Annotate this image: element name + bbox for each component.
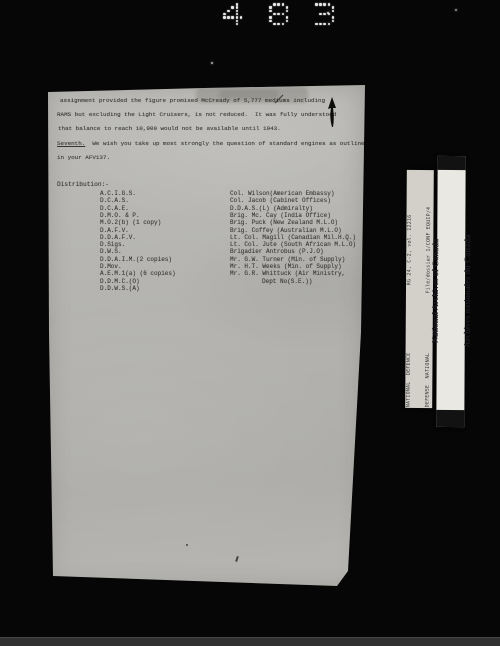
scan-edge-bar bbox=[0, 637, 500, 646]
archives-title-text: National Archives of Canada Archives nat… bbox=[409, 234, 494, 347]
distribution-recipient: Col. Wilson(American Embassy) bbox=[230, 190, 334, 197]
distribution-recipient: Brig. Coffey (Australian M.L.O) bbox=[230, 227, 342, 234]
distribution-recipient: Mr. H.T. Weeks (Min. of Supply) bbox=[230, 263, 342, 270]
distribution-recipient: Lt. Col. Jute (South African M.L.O) bbox=[230, 241, 356, 248]
distribution-row: D.D.M.C.(O)Dept No(S.E.)) bbox=[44, 278, 366, 285]
paper-sheet: assignment provided the figure promised … bbox=[44, 82, 366, 590]
distribution-code: D.D.W.S.(A) bbox=[100, 285, 140, 292]
distribution-row: D.D.A.F.V.Lt. Col. Magill (Canadian Mil.… bbox=[44, 234, 366, 241]
distribution-recipient: Mr. G.R. Whittuck (Air Ministry, bbox=[230, 270, 345, 277]
counter-digit bbox=[315, 3, 335, 26]
frame-counter-display bbox=[223, 3, 361, 27]
seventh-lead: Seventh. bbox=[57, 140, 85, 147]
dust-speck bbox=[211, 62, 213, 64]
distribution-row: D.Mov.Mr. H.T. Weeks (Min. of Supply) bbox=[44, 263, 366, 270]
body-line: RAMS but excluding the Light Cruisers, i… bbox=[57, 111, 336, 118]
scratch-mark bbox=[235, 556, 239, 562]
handwritten-tick-icon bbox=[274, 94, 284, 104]
distribution-recipient: Brig. Puck (New Zealand M.L.O) bbox=[230, 219, 338, 226]
archives-title-fr: Archives nationales du Canada bbox=[461, 235, 472, 348]
distribution-row: D.A.F.V.Brig. Coffey (Australian M.L.O) bbox=[44, 227, 366, 234]
distribution-code: D.C.A.E. bbox=[100, 205, 129, 212]
distribution-code: D.D.A.F.V. bbox=[100, 234, 136, 241]
distribution-row: D.W.S.Brigadier Antrobus (P.J.O) bbox=[44, 248, 366, 255]
distribution-row: D.D.A.I.M.(2 copies)Mr. G.W. Turner (Min… bbox=[44, 256, 366, 263]
counter-digit bbox=[223, 3, 243, 26]
distribution-code: A.E.M.1(a) (6 copies) bbox=[100, 270, 176, 277]
distribution-row: D.M.O. & P.Brig. Mc. Cay (India Office) bbox=[44, 212, 366, 219]
distribution-row: D.Sigs.Lt. Col. Jute (South African M.L.… bbox=[44, 241, 366, 248]
body-line: Seventh. We wish you take up most strong… bbox=[57, 140, 368, 147]
dust-speck bbox=[327, 12, 329, 14]
distribution-code: D.C.A.S. bbox=[100, 197, 129, 204]
distribution-heading: Distribution:- bbox=[57, 181, 109, 188]
distribution-code: D.Sigs. bbox=[100, 241, 125, 248]
distribution-row: M.O.2(b) (1 copy)Brig. Puck (New Zealand… bbox=[44, 219, 366, 226]
distribution-recipient: Dept No(S.E.)) bbox=[262, 278, 312, 285]
distribution-recipient: Lt. Col. Magill (Canadian Mil.H.Q.) bbox=[230, 234, 356, 241]
distribution-code: D.D.M.C.(O) bbox=[100, 278, 140, 285]
body-line: that balance to reach 10,900 would not b… bbox=[58, 125, 281, 132]
archives-title-en: National Archives of Canada bbox=[430, 234, 441, 347]
scratch-mark bbox=[186, 544, 188, 546]
distribution-row: D.D.W.S.(A) bbox=[44, 285, 366, 292]
distribution-code: D.M.O. & P. bbox=[100, 212, 140, 219]
archives-label-strip: National Archives of Canada Archives nat… bbox=[436, 156, 465, 427]
distribution-row: A.E.M.1(a) (6 copies)Mr. G.R. Whittuck (… bbox=[44, 270, 366, 277]
department-line1: NATIONAL DEFENCE bbox=[405, 353, 412, 408]
distribution-row: A.C.I.G.S.Col. Wilson(American Embassy) bbox=[44, 190, 366, 197]
distribution-recipient: Col. Jacob (Cabinet Offices) bbox=[230, 197, 331, 204]
distribution-code: D.W.S. bbox=[100, 248, 122, 255]
distribution-code: D.D.A.I.M.(2 copies) bbox=[100, 256, 172, 263]
ink-arrow-up-icon bbox=[325, 96, 339, 128]
department-line2: DEFENSE NATIONAL bbox=[425, 353, 432, 408]
document-page: assignment provided the figure promised … bbox=[44, 82, 366, 590]
distribution-code: A.C.I.G.S. bbox=[100, 190, 136, 197]
distribution-row: D.C.A.S.Col. Jacob (Cabinet Offices) bbox=[44, 197, 366, 204]
seventh-rest: We wish you take up most strongly the qu… bbox=[85, 140, 368, 147]
distribution-row: D.C.A.E.D.D.A.S.(L) (Admiralty) bbox=[44, 205, 366, 212]
distribution-code: D.A.F.V. bbox=[100, 227, 129, 234]
body-line: in your AFV137. bbox=[57, 154, 110, 161]
strip-top-cap bbox=[438, 156, 466, 170]
strip-bottom-cap bbox=[436, 410, 464, 427]
distribution-code: D.Mov. bbox=[100, 263, 122, 270]
counter-digit bbox=[269, 3, 289, 26]
distribution-code: M.O.2(b) (1 copy) bbox=[100, 219, 161, 226]
body-line: assignment provided the figure promised … bbox=[60, 97, 325, 104]
distribution-recipient: Brig. Mc. Cay (India Office) bbox=[230, 212, 331, 219]
distribution-recipient: Brigadier Antrobus (P.J.O) bbox=[230, 248, 324, 255]
distribution-recipient: D.D.A.S.(L) (Admiralty) bbox=[230, 205, 313, 212]
distribution-recipient: Mr. G.W. Turner (Min. of Supply) bbox=[230, 256, 345, 263]
archival-scan-photo: { "counter": { "digits": "483" }, "page"… bbox=[0, 0, 500, 646]
dust-speck bbox=[455, 9, 457, 11]
